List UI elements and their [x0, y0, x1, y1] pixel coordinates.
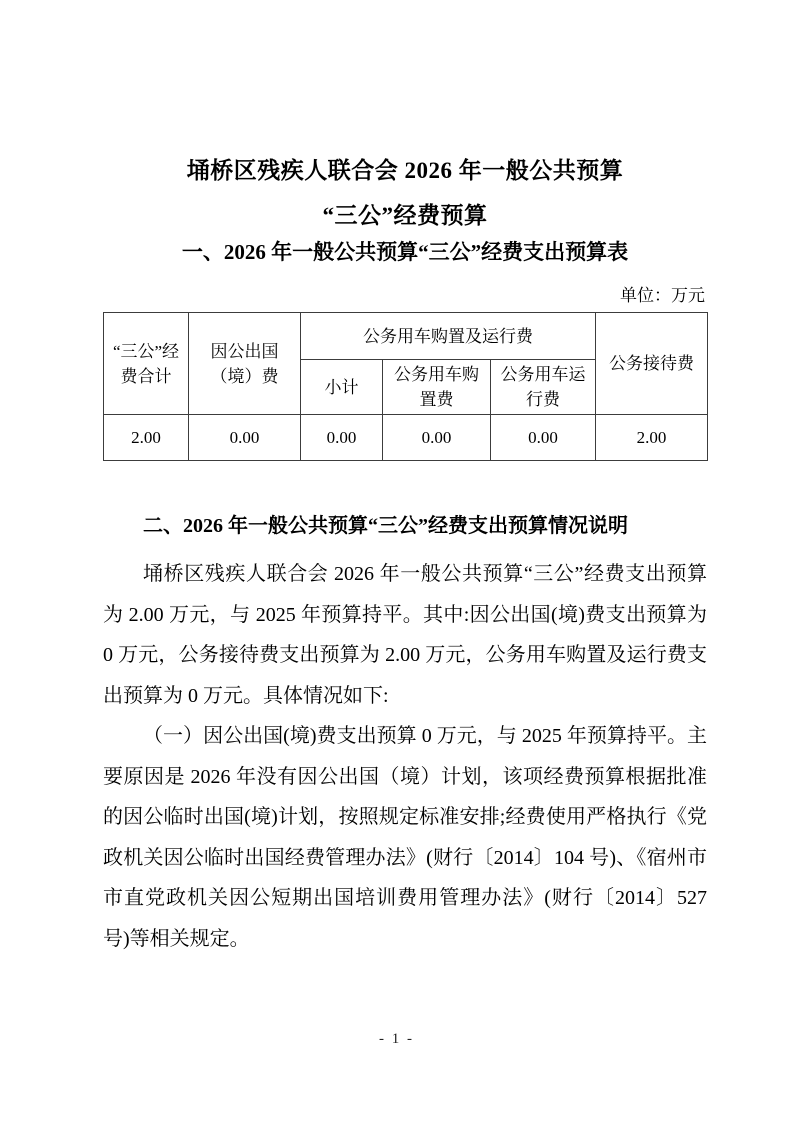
header-reception-fee: 公务接待费 — [596, 313, 708, 415]
document-page: 埇桥区残疾人联合会 2026 年一般公共预算 “三公”经费预算 一、2026 年… — [0, 0, 793, 1122]
cell-abroad-fee: 0.00 — [189, 415, 301, 461]
header-vehicle-group: 公务用车购置及运行费 — [301, 313, 596, 360]
header-abroad-fee: 因公出国（境）费 — [189, 313, 301, 415]
document-title-line2: “三公”经费预算 — [103, 193, 707, 238]
document-title-line1: 埇桥区残疾人联合会 2026 年一般公共预算 — [103, 148, 707, 193]
paragraph-abroad-detail: （一）因公出国(境)费支出预算 0 万元，与 2025 年预算持平。主要原因是 … — [103, 716, 707, 959]
table-data-row: 2.00 0.00 0.00 0.00 0.00 2.00 — [104, 415, 708, 461]
cell-reception-fee: 2.00 — [596, 415, 708, 461]
document-content: 埇桥区残疾人联合会 2026 年一般公共预算 “三公”经费预算 一、2026 年… — [103, 0, 707, 959]
header-vehicle-purchase: 公务用车购置费 — [383, 360, 491, 415]
table-header-row-1: “三公”经费合计 因公出国（境）费 公务用车购置及运行费 公务接待费 — [104, 313, 708, 360]
header-vehicle-operation: 公务用车运行费 — [491, 360, 596, 415]
document-title: 埇桥区残疾人联合会 2026 年一般公共预算 “三公”经费预算 — [103, 148, 707, 238]
page-number: - 1 - — [0, 1031, 793, 1048]
section2-heading: 二、2026 年一般公共预算“三公”经费支出预算情况说明 — [103, 509, 707, 543]
cell-sangong-total: 2.00 — [104, 415, 189, 461]
budget-table: “三公”经费合计 因公出国（境）费 公务用车购置及运行费 公务接待费 小计 公务… — [103, 312, 708, 461]
cell-vehicle-purchase: 0.00 — [383, 415, 491, 461]
header-vehicle-subtotal: 小计 — [301, 360, 383, 415]
cell-vehicle-subtotal: 0.00 — [301, 415, 383, 461]
header-sangong-total: “三公”经费合计 — [104, 313, 189, 415]
section1-heading: 一、2026 年一般公共预算“三公”经费支出预算表 — [103, 238, 707, 266]
cell-vehicle-operation: 0.00 — [491, 415, 596, 461]
paragraph-summary: 埇桥区残疾人联合会 2026 年一般公共预算“三公”经费支出预算为 2.00 万… — [103, 554, 707, 716]
unit-note: 单位：万元 — [103, 284, 707, 308]
